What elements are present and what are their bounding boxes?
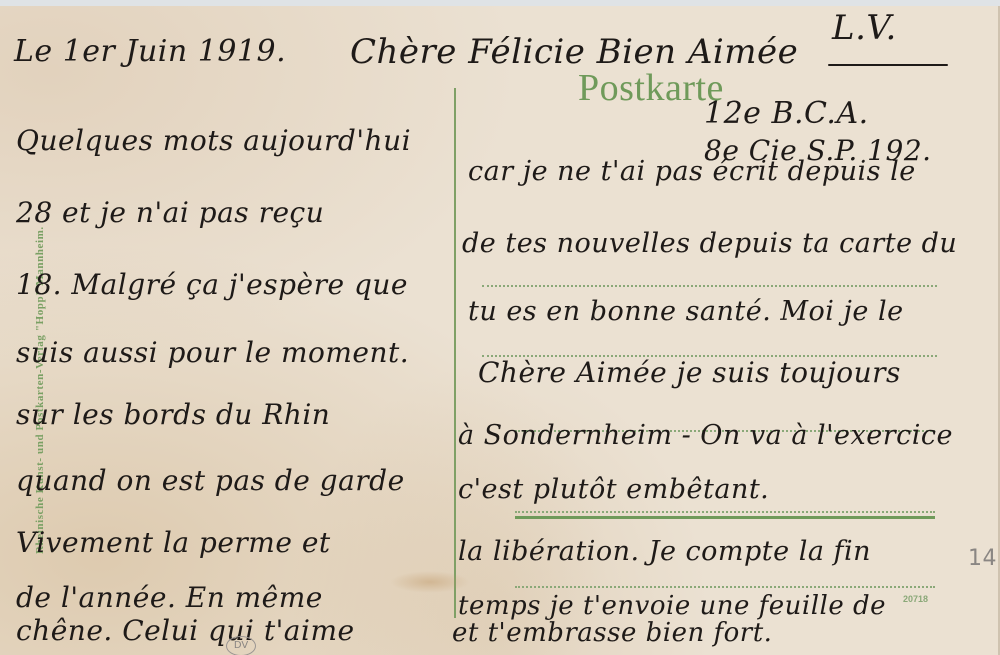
- message-right-9: et t'embrasse bien fort.: [452, 618, 772, 648]
- message-left-2: 28 et je n'ai pas reçu: [16, 196, 324, 229]
- initials-underline: [828, 64, 948, 66]
- message-right-6: c'est plutôt embêtant.: [458, 474, 769, 505]
- paper-stain: [390, 571, 470, 593]
- address-unit: 12e B.C.A.: [704, 96, 869, 131]
- address-line-4: [515, 511, 935, 513]
- serial-number: 20718: [903, 594, 928, 604]
- message-left-7: Vivement la perme et: [16, 526, 331, 559]
- sender-initials: L.V.: [832, 8, 897, 48]
- salutation: Chère Félicie Bien Aimée: [350, 32, 798, 72]
- archive-stamp-mark: DV: [226, 636, 256, 655]
- message-left-4: suis aussi pour le moment.: [16, 336, 409, 369]
- pencil-page-number: 14: [968, 546, 997, 571]
- message-left-1: Quelques mots aujourd'hui: [16, 124, 411, 157]
- center-divider-line: [454, 88, 456, 618]
- message-left-8: de l'année. En même: [16, 581, 323, 614]
- message-left-6: quand on est pas de garde: [16, 464, 405, 497]
- message-right-7: la libération. Je compte la fin: [458, 536, 871, 567]
- address-line-5: [515, 586, 935, 588]
- postcard: Postkarte Rheinische Kunst- und Postkart…: [0, 6, 1000, 655]
- message-right-8: temps je t'envoie une feuille de: [458, 591, 886, 621]
- address-line-1: [482, 285, 937, 287]
- address-line-solid: [515, 516, 935, 519]
- message-right-2: de tes nouvelles depuis ta carte du: [462, 228, 957, 259]
- message-right-1: car je ne t'ai pas écrit depuis le: [468, 156, 916, 187]
- postkarte-title: Postkarte: [578, 66, 724, 110]
- message-right-3: tu es en bonne santé. Moi je le: [468, 296, 904, 327]
- message-left-3: 18. Malgré ça j'espère que: [16, 268, 408, 301]
- message-right-5: à Sondernheim - On va à l'exercice: [458, 420, 953, 451]
- date-line: Le 1er Juin 1919.: [14, 34, 286, 69]
- message-right-4: Chère Aimée je suis toujours: [478, 356, 901, 389]
- message-left-5: sur les bords du Rhin: [16, 398, 330, 431]
- message-left-9: chêne. Celui qui t'aime: [16, 614, 355, 647]
